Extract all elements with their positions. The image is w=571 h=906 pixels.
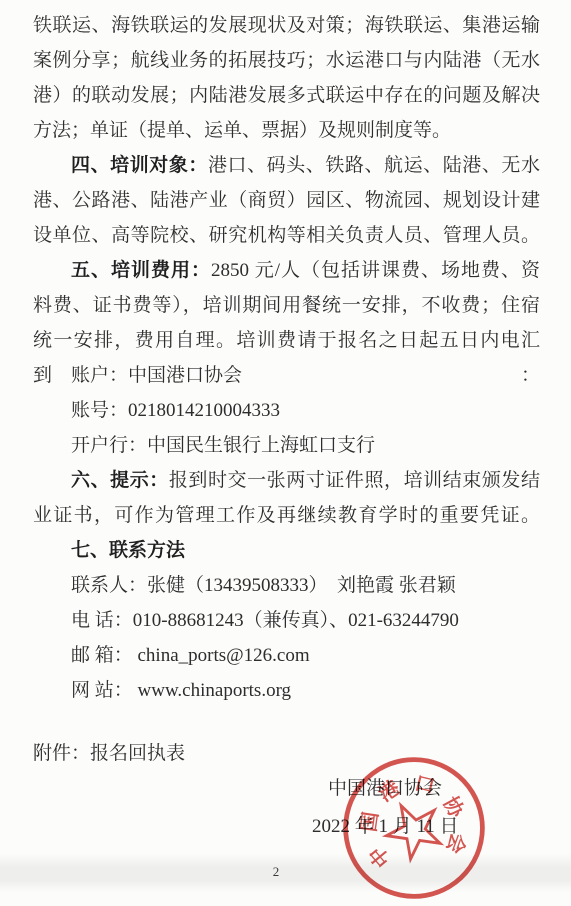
seal-char: 协 bbox=[438, 792, 469, 822]
seal-char: 中 bbox=[364, 842, 395, 873]
seal-char: 港 bbox=[374, 775, 404, 806]
section7-heading: 七、联系方法 bbox=[71, 540, 185, 561]
intro-line-2: 案例分享；航线业务的拓展技巧；水运港口与内陆港（无水 bbox=[33, 43, 540, 78]
section5-line-1: 五、培训费用：2850 元/人（包括讲课费、场地费、资 bbox=[33, 253, 540, 288]
section6-heading: 六、提示： bbox=[71, 470, 169, 491]
official-seal: 中 国 港 口 协 会 bbox=[338, 752, 490, 904]
intro-line-4: 方法；单证（提单、运单、票据）及规则制度等。 bbox=[33, 113, 540, 148]
section6-line-2: 业证书，可作为管理工作及再继续教育学时的重要凭证。 bbox=[33, 498, 540, 533]
section6-text: 报到时交一张两寸证件照，培训结束颁发结 bbox=[169, 470, 540, 491]
bank-account-number: 账号：0218014210004333 bbox=[33, 393, 540, 428]
seal-char: 口 bbox=[412, 772, 437, 798]
section4-text: 港口、码头、铁路、航运、陆港、无水 bbox=[208, 155, 540, 176]
intro-line-1: 铁联运、海铁联运的发展现状及对策；海铁联运、集港运输 bbox=[33, 8, 540, 43]
section5-line-2: 料费、证书费等），培训期间用餐统一安排，不收费；住宿 bbox=[33, 288, 540, 323]
contact-person-line: 联系人：张健（13439508333） 刘艳霞 张君颖 bbox=[33, 568, 540, 603]
section7-heading-line: 七、联系方法 bbox=[33, 533, 540, 568]
section5-line-3: 统一安排，费用自理。培训费请于报名之日起五日内电汇到： bbox=[33, 323, 540, 358]
page-number: 2 bbox=[263, 862, 289, 882]
intro-line-3: 港）的联动发展；内陆港发展多式联运中存在的问题及解决 bbox=[33, 78, 540, 113]
section5-heading: 五、培训费用： bbox=[71, 260, 211, 281]
contact-website-line: 网 站： www.chinaports.org bbox=[33, 673, 540, 708]
seal-char: 会 bbox=[442, 830, 471, 857]
section6-line-1: 六、提示：报到时交一张两寸证件照，培训结束颁发结 bbox=[33, 463, 540, 498]
section4-line-3: 设单位、高等院校、研究机构等相关负责人员、管理人员。 bbox=[33, 218, 540, 253]
section5-text: 2850 元/人（包括讲课费、场地费、资 bbox=[211, 260, 540, 281]
section4-line-2: 港、公路港、陆港产业（商贸）园区、物流园、规划设计建 bbox=[33, 183, 540, 218]
section4-heading: 四、培训对象： bbox=[71, 155, 208, 176]
document-body: 铁联运、海铁联运的发展现状及对策；海铁联运、集港运输 案例分享；航线业务的拓展技… bbox=[0, 0, 571, 844]
document-page: 铁联运、海铁联运的发展现状及对策；海铁联运、集港运输 案例分享；航线业务的拓展技… bbox=[0, 0, 571, 906]
contact-email-line: 邮 箱： china_ports@126.com bbox=[33, 638, 540, 673]
contact-phone-line: 电 话：010-88681243（兼传真）、021-63244790 bbox=[33, 603, 540, 638]
bank-branch: 开户行：中国民生银行上海虹口支行 bbox=[33, 428, 540, 463]
section4-line-1: 四、培训对象：港口、码头、铁路、航运、陆港、无水 bbox=[33, 148, 540, 183]
seal-char: 国 bbox=[357, 810, 383, 833]
